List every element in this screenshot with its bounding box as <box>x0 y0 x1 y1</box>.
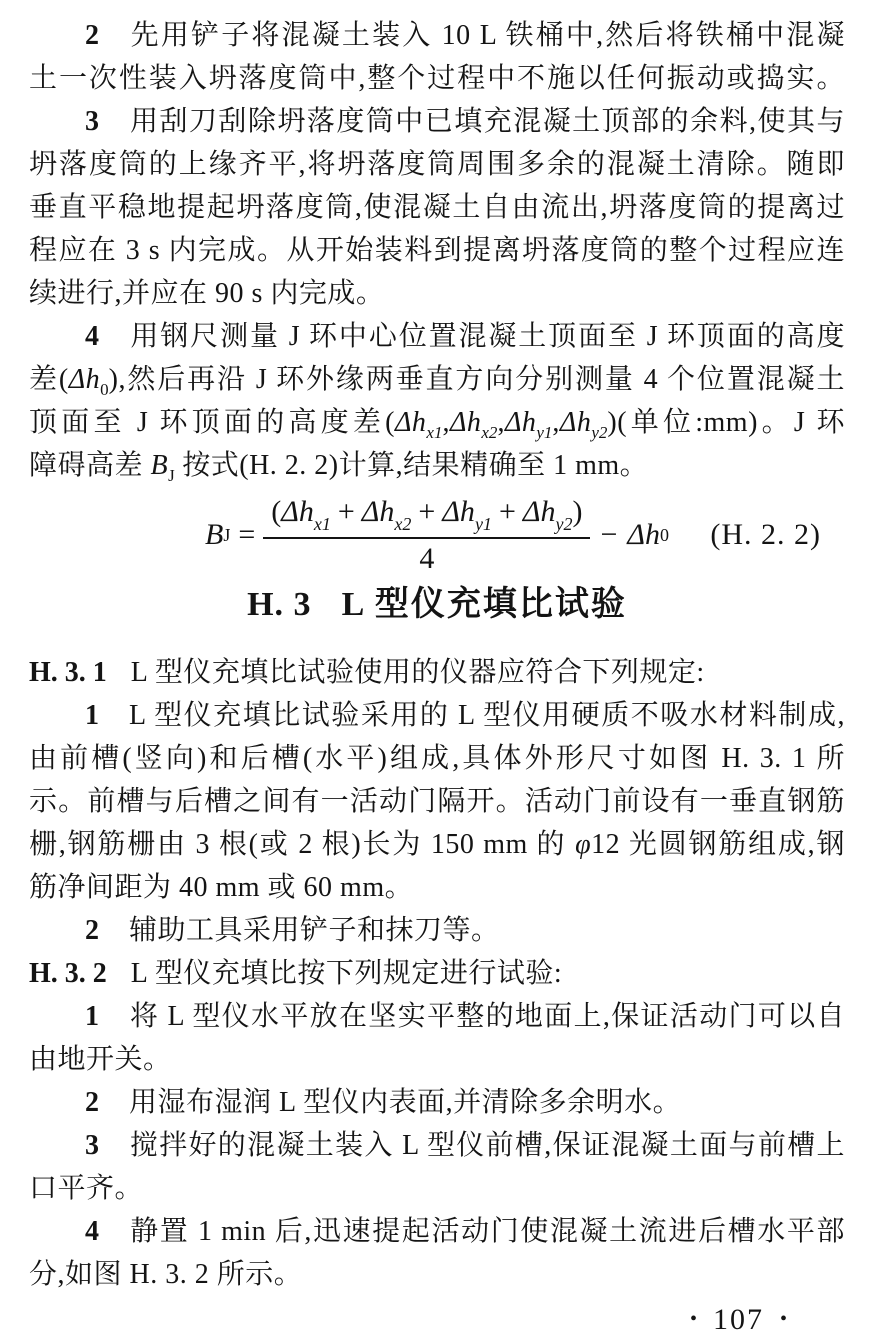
text-line: 障碍高差 BJ 按式(H. 2. 2)计算,结果精确至 1 mm。 <box>29 444 845 487</box>
item-number: 2 <box>85 915 99 946</box>
variable: Δh <box>523 495 556 528</box>
line-text: L 型仪充填比按下列规定进行试验: <box>131 958 562 989</box>
text-line: 3用刮刀刮除坍落度筒中已填充混凝土顶部的余料,使其与 <box>29 100 845 143</box>
variable: Δh <box>442 495 475 528</box>
line-text: 差( <box>29 364 69 395</box>
text-line: 垂直平稳地提起坍落度筒,使混凝土自由流出,坍落度筒的提离过 <box>29 186 845 229</box>
subscript: x2 <box>481 423 497 442</box>
text-line: H. 3. 2L 型仪充填比按下列规定进行试验: <box>29 952 845 995</box>
clause-label: H. 3. 2 <box>29 958 107 989</box>
page-number-value: 107 <box>713 1303 764 1336</box>
paren: ) <box>572 495 582 528</box>
text-line: 4用钢尺测量 J 环中心位置混凝土顶面至 J 环顶面的高度 <box>29 315 845 358</box>
line-text: 顶面至 J 环顶面的高度差( <box>29 407 395 438</box>
text-line: 口平齐。 <box>29 1167 845 1210</box>
variable: Δh <box>627 518 660 552</box>
item-number: 4 <box>85 321 99 352</box>
item-number: 2 <box>85 20 99 51</box>
variable: Δh <box>281 495 314 528</box>
equation-number: (H. 2. 2) <box>710 518 821 552</box>
line-text: , <box>497 407 505 438</box>
text-line: 续进行,并应在 90 s 内完成。 <box>29 272 845 315</box>
plus-sign: + <box>338 495 355 528</box>
line-text: 先用铲子将混凝土装入 10 L 铁桶中,然后将铁桶中混凝 <box>129 20 845 51</box>
text-line: 顶面至 J 环顶面的高度差(Δhx1,Δhx2,Δhy1,Δhy2)(单位:mm… <box>29 401 845 444</box>
line-text: 用湿布湿润 L 型仪内表面,并清除多余明水。 <box>129 1087 681 1118</box>
line-text: 辅助工具采用铲子和抹刀等。 <box>129 915 500 946</box>
plus-sign: + <box>499 495 516 528</box>
text-line: 3搅拌好的混凝土装入 L 型仪前槽,保证混凝土面与前槽上 <box>29 1124 845 1167</box>
line-text: 坍落度筒的上缘齐平,将坍落度筒周围多余的混凝土清除。随即 <box>29 149 845 180</box>
line-text: , <box>442 407 450 438</box>
section-heading: H. 3L 型仪充填比试验 <box>29 583 845 627</box>
line-text: ),然后再沿 J 环外缘两垂直方向分别测量 4 个位置混凝土 <box>109 364 845 395</box>
line-text: 将 L 型仪水平放在坚实平整的地面上,保证活动门可以自 <box>129 1001 845 1032</box>
phi-symbol: φ <box>575 829 591 860</box>
text-line: 1将 L 型仪水平放在坚实平整的地面上,保证活动门可以自 <box>29 995 845 1038</box>
item-number: 4 <box>85 1216 99 1247</box>
subscript: x1 <box>314 514 331 534</box>
text-line: 土一次性装入坍落度筒中,整个过程中不施以任何振动或捣实。 <box>29 57 845 100</box>
variable: Δh <box>505 407 536 438</box>
subscript: y2 <box>591 423 607 442</box>
line-text: L 型仪充填比试验使用的仪器应符合下列规定: <box>131 657 705 688</box>
vertical-spacer <box>29 627 845 651</box>
subscript: 0 <box>660 525 669 546</box>
item-number: 3 <box>85 1130 99 1161</box>
line-text: 续进行,并应在 90 s 内完成。 <box>29 278 384 309</box>
denominator-value: 4 <box>419 542 434 575</box>
line-text: 筋净间距为 40 mm 或 60 mm。 <box>29 872 413 903</box>
line-text: 由地开关。 <box>29 1044 172 1075</box>
paren: ( <box>271 495 281 528</box>
document-page: 2先用铲子将混凝土装入 10 L 铁桶中,然后将铁桶中混凝 土一次性装入坍落度筒… <box>0 0 874 1340</box>
text-line: 栅,钢筋栅由 3 根(或 2 根)长为 150 mm 的 φ12 光圆钢筋组成,… <box>29 823 845 866</box>
section-title: L 型仪充填比试验 <box>342 586 627 623</box>
line-text: 用刮刀刮除坍落度筒中已填充混凝土顶部的余料,使其与 <box>129 106 845 137</box>
subscript: J <box>168 466 175 485</box>
fraction: (Δhx1+Δhx2+Δhy1+Δhy2) 4 <box>263 493 590 578</box>
variable: Δh <box>69 364 100 395</box>
text-line: 2辅助工具采用铲子和抹刀等。 <box>29 909 845 952</box>
text-line: 2用湿布湿润 L 型仪内表面,并清除多余明水。 <box>29 1081 845 1124</box>
text-line: 4静置 1 min 后,迅速提起活动门使混凝土流进后槽水平部 <box>29 1210 845 1253</box>
subscript: y1 <box>536 423 552 442</box>
line-text: , <box>552 407 560 438</box>
fraction-numerator: (Δhx1+Δhx2+Δhy1+Δhy2) <box>263 493 590 538</box>
text-line: 程应在 3 s 内完成。从开始装料到提离坍落度筒的整个过程应连 <box>29 229 845 272</box>
bullet-dot: • <box>690 1308 697 1330</box>
subscript: J <box>223 525 230 546</box>
text-line: 示。前槽与后槽之间有一活动门隔开。活动门前设有一垂直钢筋 <box>29 780 845 823</box>
text-line: H. 3. 1L 型仪充填比试验使用的仪器应符合下列规定: <box>29 651 845 694</box>
line-text: L 型仪充填比试验采用的 L 型仪用硬质不吸水材料制成, <box>129 700 845 731</box>
line-text: 静置 1 min 后,迅速提起活动门使混凝土流进后槽水平部 <box>129 1216 845 1247</box>
line-text: )(单位:mm)。J 环 <box>607 407 845 438</box>
equals-sign: = <box>238 518 255 552</box>
subscript: y2 <box>555 514 572 534</box>
fraction-denominator: 4 <box>263 537 590 578</box>
formula-h22: BJ= (Δhx1+Δhx2+Δhy1+Δhy2) 4 − Δh0 (H. 2.… <box>29 487 845 583</box>
minus-sign: − <box>600 518 617 552</box>
line-text: 12 光圆钢筋组成,钢 <box>591 829 845 860</box>
item-number: 2 <box>85 1087 99 1118</box>
formula-lhs: B <box>205 518 223 552</box>
line-text: 栅,钢筋栅由 3 根(或 2 根)长为 150 mm 的 <box>29 829 575 860</box>
text-line: 筋净间距为 40 mm 或 60 mm。 <box>29 866 845 909</box>
subscript: x1 <box>426 423 442 442</box>
variable: Δh <box>395 407 426 438</box>
line-text: 口平齐。 <box>29 1173 143 1204</box>
line-text: 用钢尺测量 J 环中心位置混凝土顶面至 J 环顶面的高度 <box>129 321 845 352</box>
subscript: y1 <box>475 514 492 534</box>
line-text: 按式(H. 2. 2)计算,结果精确至 1 mm。 <box>175 450 648 481</box>
variable: Δh <box>560 407 591 438</box>
subscript: x2 <box>394 514 411 534</box>
line-text: 示。前槽与后槽之间有一活动门隔开。活动门前设有一垂直钢筋 <box>29 786 845 817</box>
section-code: H. 3 <box>247 586 311 623</box>
text-line: 1L 型仪充填比试验采用的 L 型仪用硬质不吸水材料制成, <box>29 694 845 737</box>
item-number: 1 <box>85 700 99 731</box>
line-text: 搅拌好的混凝土装入 L 型仪前槽,保证混凝土面与前槽上 <box>129 1130 845 1161</box>
text-line: 由前槽(竖向)和后槽(水平)组成,具体外形尺寸如图 H. 3. 1 所 <box>29 737 845 780</box>
line-text: 分,如图 H. 3. 2 所示。 <box>29 1259 302 1290</box>
line-text: 由前槽(竖向)和后槽(水平)组成,具体外形尺寸如图 H. 3. 1 所 <box>29 743 845 774</box>
line-text: 垂直平稳地提起坍落度筒,使混凝土自由流出,坍落度筒的提离过 <box>29 192 845 223</box>
line-text: 障碍高差 <box>29 450 151 481</box>
line-text: 土一次性装入坍落度筒中,整个过程中不施以任何振动或捣实。 <box>29 63 845 94</box>
text-line: 差(Δh0),然后再沿 J 环外缘两垂直方向分别测量 4 个位置混凝土 <box>29 358 845 401</box>
page-number: •107• <box>29 1298 845 1340</box>
bullet-dot: • <box>780 1308 787 1330</box>
text-line: 2先用铲子将混凝土装入 10 L 铁桶中,然后将铁桶中混凝 <box>29 14 845 57</box>
subscript: 0 <box>100 380 109 399</box>
text-line: 由地开关。 <box>29 1038 845 1081</box>
variable: Δh <box>450 407 481 438</box>
item-number: 1 <box>85 1001 99 1032</box>
text-line: 坍落度筒的上缘齐平,将坍落度筒周围多余的混凝土清除。随即 <box>29 143 845 186</box>
text-line: 分,如图 H. 3. 2 所示。 <box>29 1253 845 1296</box>
clause-label: H. 3. 1 <box>29 657 107 688</box>
line-text: 程应在 3 s 内完成。从开始装料到提离坍落度筒的整个过程应连 <box>29 235 845 266</box>
item-number: 3 <box>85 106 99 137</box>
variable: Δh <box>362 495 395 528</box>
plus-sign: + <box>418 495 435 528</box>
variable: B <box>151 450 169 481</box>
